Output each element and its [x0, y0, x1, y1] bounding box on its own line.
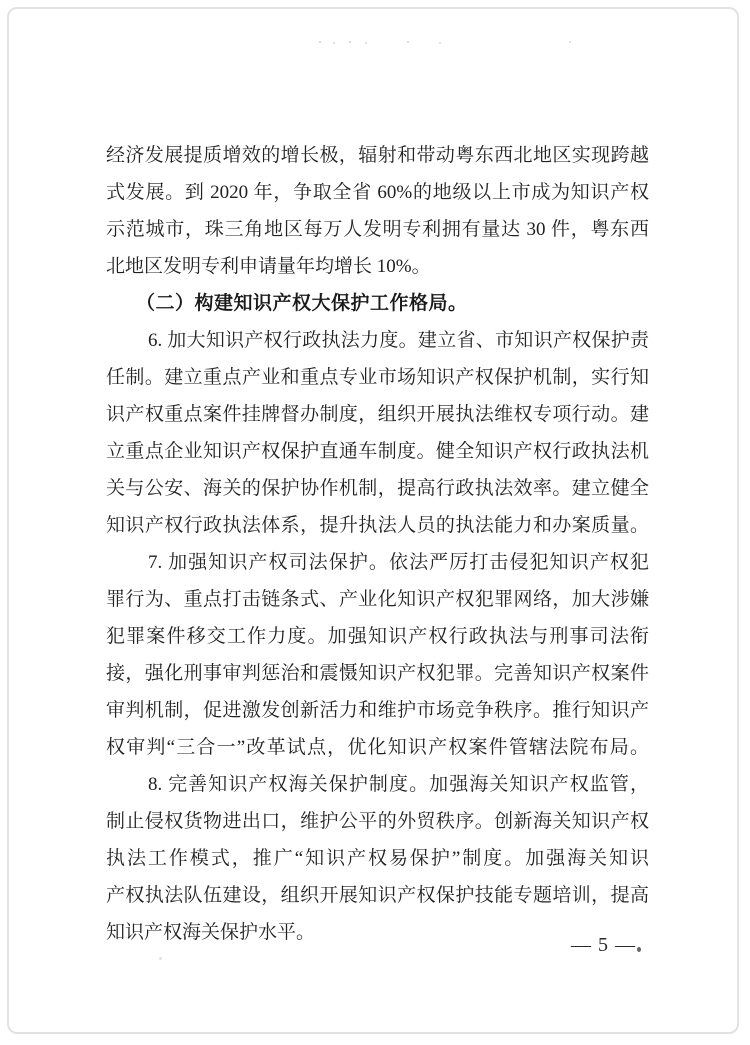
text-line: 识产权重点案件挂牌督办制度，组织开展执法维权专项行动。建	[106, 396, 649, 433]
text-line: 执法工作模式，推广“知识产权易保护”制度。加强海关知识	[106, 840, 649, 877]
scan-noise-speck	[159, 957, 162, 960]
document-page: 经济发展提质增效的增长极，辐射和带动粤东西北地区实现跨越式发展。到 2020 年…	[7, 7, 739, 1034]
text-line: 产权执法队伍建设，组织开展知识产权保护技能专题培训，提高	[106, 877, 649, 914]
text-line: 立重点企业知识产权保护直通车制度。健全知识产权行政执法机	[106, 433, 649, 470]
paragraph-6: 6. 加大知识产权行政执法力度。建立省、市知识产权保护责任制。建立重点产业和重点…	[106, 322, 649, 544]
text-line: 知识产权海关保护水平。	[106, 914, 649, 951]
text-line: 北地区发明专利申请量年均增长 10%。	[106, 248, 649, 285]
text-line: 制止侵权货物进出口，维护公平的外贸秩序。创新海关知识产权	[106, 803, 649, 840]
text-line: 权审判“三合一”改革试点，优化知识产权案件管辖法院布局。	[106, 729, 649, 766]
paragraph-7: 7. 加强知识产权司法保护。依法严厉打击侵犯知识产权犯罪行为、重点打击链条式、产…	[106, 544, 649, 766]
text-line: 8. 完善知识产权海关保护制度。加强海关知识产权监管，	[106, 766, 649, 803]
text-line: 任制。建立重点产业和重点专业市场知识产权保护机制，实行知	[106, 359, 649, 396]
text-line: 6. 加大知识产权行政执法力度。建立省、市知识产权保护责	[106, 322, 649, 359]
text-line: 示范城市，珠三角地区每万人发明专利拥有量达 30 件，粤东西	[106, 211, 649, 248]
text-line: 7. 加强知识产权司法保护。依法严厉打击侵犯知识产权犯	[106, 544, 649, 581]
text-line: 关与公安、海关的保护协作机制，提高行政执法效率。建立健全	[106, 470, 649, 507]
document-text: 经济发展提质增效的增长极，辐射和带动粤东西北地区实现跨越式发展。到 2020 年…	[106, 137, 649, 951]
text-line: 犯罪案件移交工作力度。加强知识产权行政执法与刑事司法衔	[106, 618, 649, 655]
section-heading: （二）构建知识产权大保护工作格局。	[106, 285, 649, 322]
text-line: 审判机制，促进激发创新活力和维护市场竞争秩序。推行知识产	[106, 692, 649, 729]
text-line: 知识产权行政执法体系，提升执法人员的执法能力和办案质量。	[106, 507, 649, 544]
text-line: 式发展。到 2020 年，争取全省 60%的地级以上市成为知识产权	[106, 174, 649, 211]
paragraph-continuation: 经济发展提质增效的增长极，辐射和带动粤东西北地区实现跨越式发展。到 2020 年…	[106, 137, 649, 285]
scan-noise-speck	[319, 41, 321, 43]
text-line: 经济发展提质增效的增长极，辐射和带动粤东西北地区实现跨越	[106, 137, 649, 174]
paragraph-8: 8. 完善知识产权海关保护制度。加强海关知识产权监管，制止侵权货物进出口，维护公…	[106, 766, 649, 951]
text-line: 接，强化刑事审判惩治和震慑知识产权犯罪。完善知识产权案件	[106, 655, 649, 692]
scan-noise-speck	[637, 947, 641, 952]
text-line: 罪行为、重点打击链条式、产业化知识产权犯罪网络，加大涉嫌	[106, 581, 649, 618]
text-line: （二）构建知识产权大保护工作格局。	[106, 285, 649, 322]
page-number: — 5 —	[571, 934, 636, 957]
